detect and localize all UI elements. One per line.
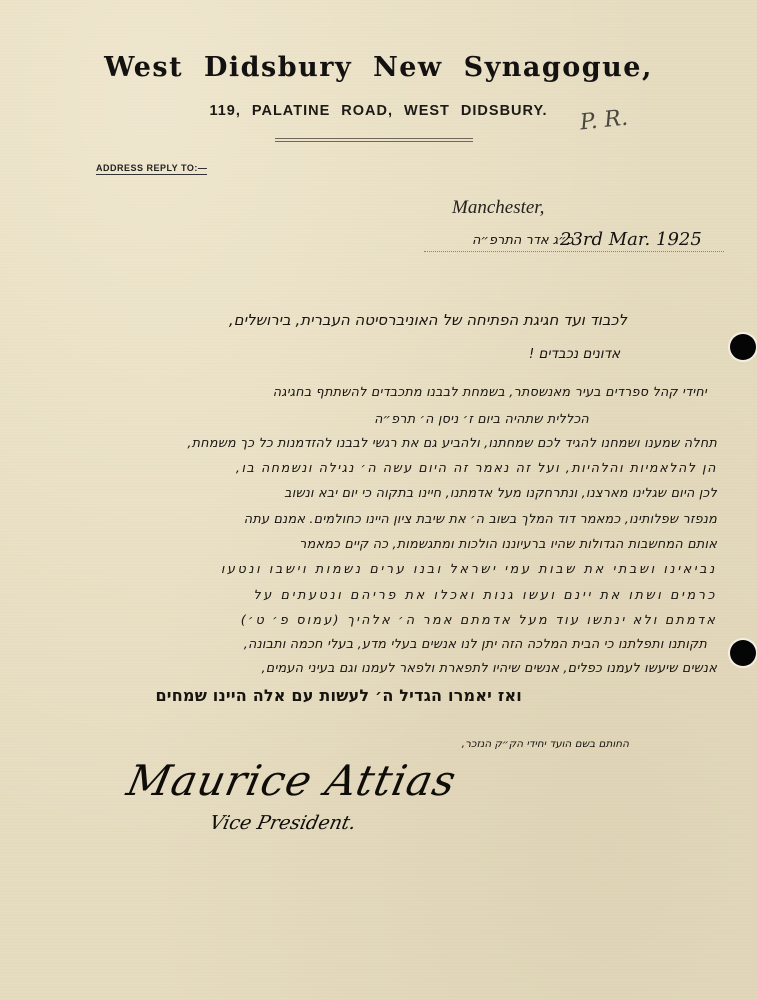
body-line: מנפזר שפלותינו, כמאמר דוד המלך בשוב ה׳ א… [244,512,717,527]
body-line: כרמים ושתו את יינם ועשו גנות ואכלו את פר… [253,588,717,603]
signature-title: Vice President. [208,812,358,834]
body-line: לכן היום שגלינו מארצנו, ונתרחקנו מעל אדמ… [284,486,717,501]
letter-salutation: אדונים נכבדים ! [529,346,620,362]
letter-page: West Didsbury New Synagogue, 119, PALATI… [0,0,757,1000]
punch-hole [730,640,756,666]
body-line: אותם המחשבות הגדולות שהיו ברעיוננו הולכו… [299,537,717,552]
signature: Maurice Attias [123,756,461,805]
letter-heading: לכבוד ועד חגיגת הפתיחה של האוניברסיטה הע… [229,311,627,329]
body-line-printed: ואז יאמרו הגדיל ה׳ לעשות עם אלה היינו שמ… [155,686,522,705]
dateline-hebrew-date: כ״ג אדר התרפ״ה [472,233,573,248]
handwritten-initials: P. R. [579,106,629,136]
dateline-date: 23rd Mar. 1925 [560,229,702,250]
body-line: אנשים שיעשו לעמנו כפלים, אנשים שיהיו לתפ… [262,661,717,676]
body-line: תקותנו ותפלתנו כי הבית המלכה הזה יתן לנו… [244,637,707,652]
body-line: הן להלאמיות והלהיות, ועל זה נאמר זה היום… [236,461,717,476]
dateline-place: Manchester, [452,197,544,219]
body-line: הכללית שתהיה ביום ז׳ ניסן ה׳ תרפ״ה [374,412,589,427]
letter-closing: החותם בשם הועד יחידי הק״ק הנזכר, [462,738,629,750]
punch-hole [730,334,756,360]
body-line: תחלה שמענו ושמחנו להגיד לכם שמחתנו, ולהב… [187,436,717,451]
header-divider [275,138,473,142]
body-line: נביאינו ושבתי את שבות עמי ישראל ובנו ערי… [221,562,717,577]
body-line: יחידי קהל ספרדים בעיר מאנשסתר, בשמחת לבב… [273,385,707,400]
letterhead-address: 119, PALATINE ROAD, WEST DIDSBURY. [0,103,757,119]
body-line: אדמתם ולא ינתשו עוד מעל אדמתם אמר ה׳ אלה… [241,613,717,628]
address-reply-label: ADDRESS REPLY TO:— [96,163,207,175]
letterhead-title: West Didsbury New Synagogue, [0,52,757,83]
